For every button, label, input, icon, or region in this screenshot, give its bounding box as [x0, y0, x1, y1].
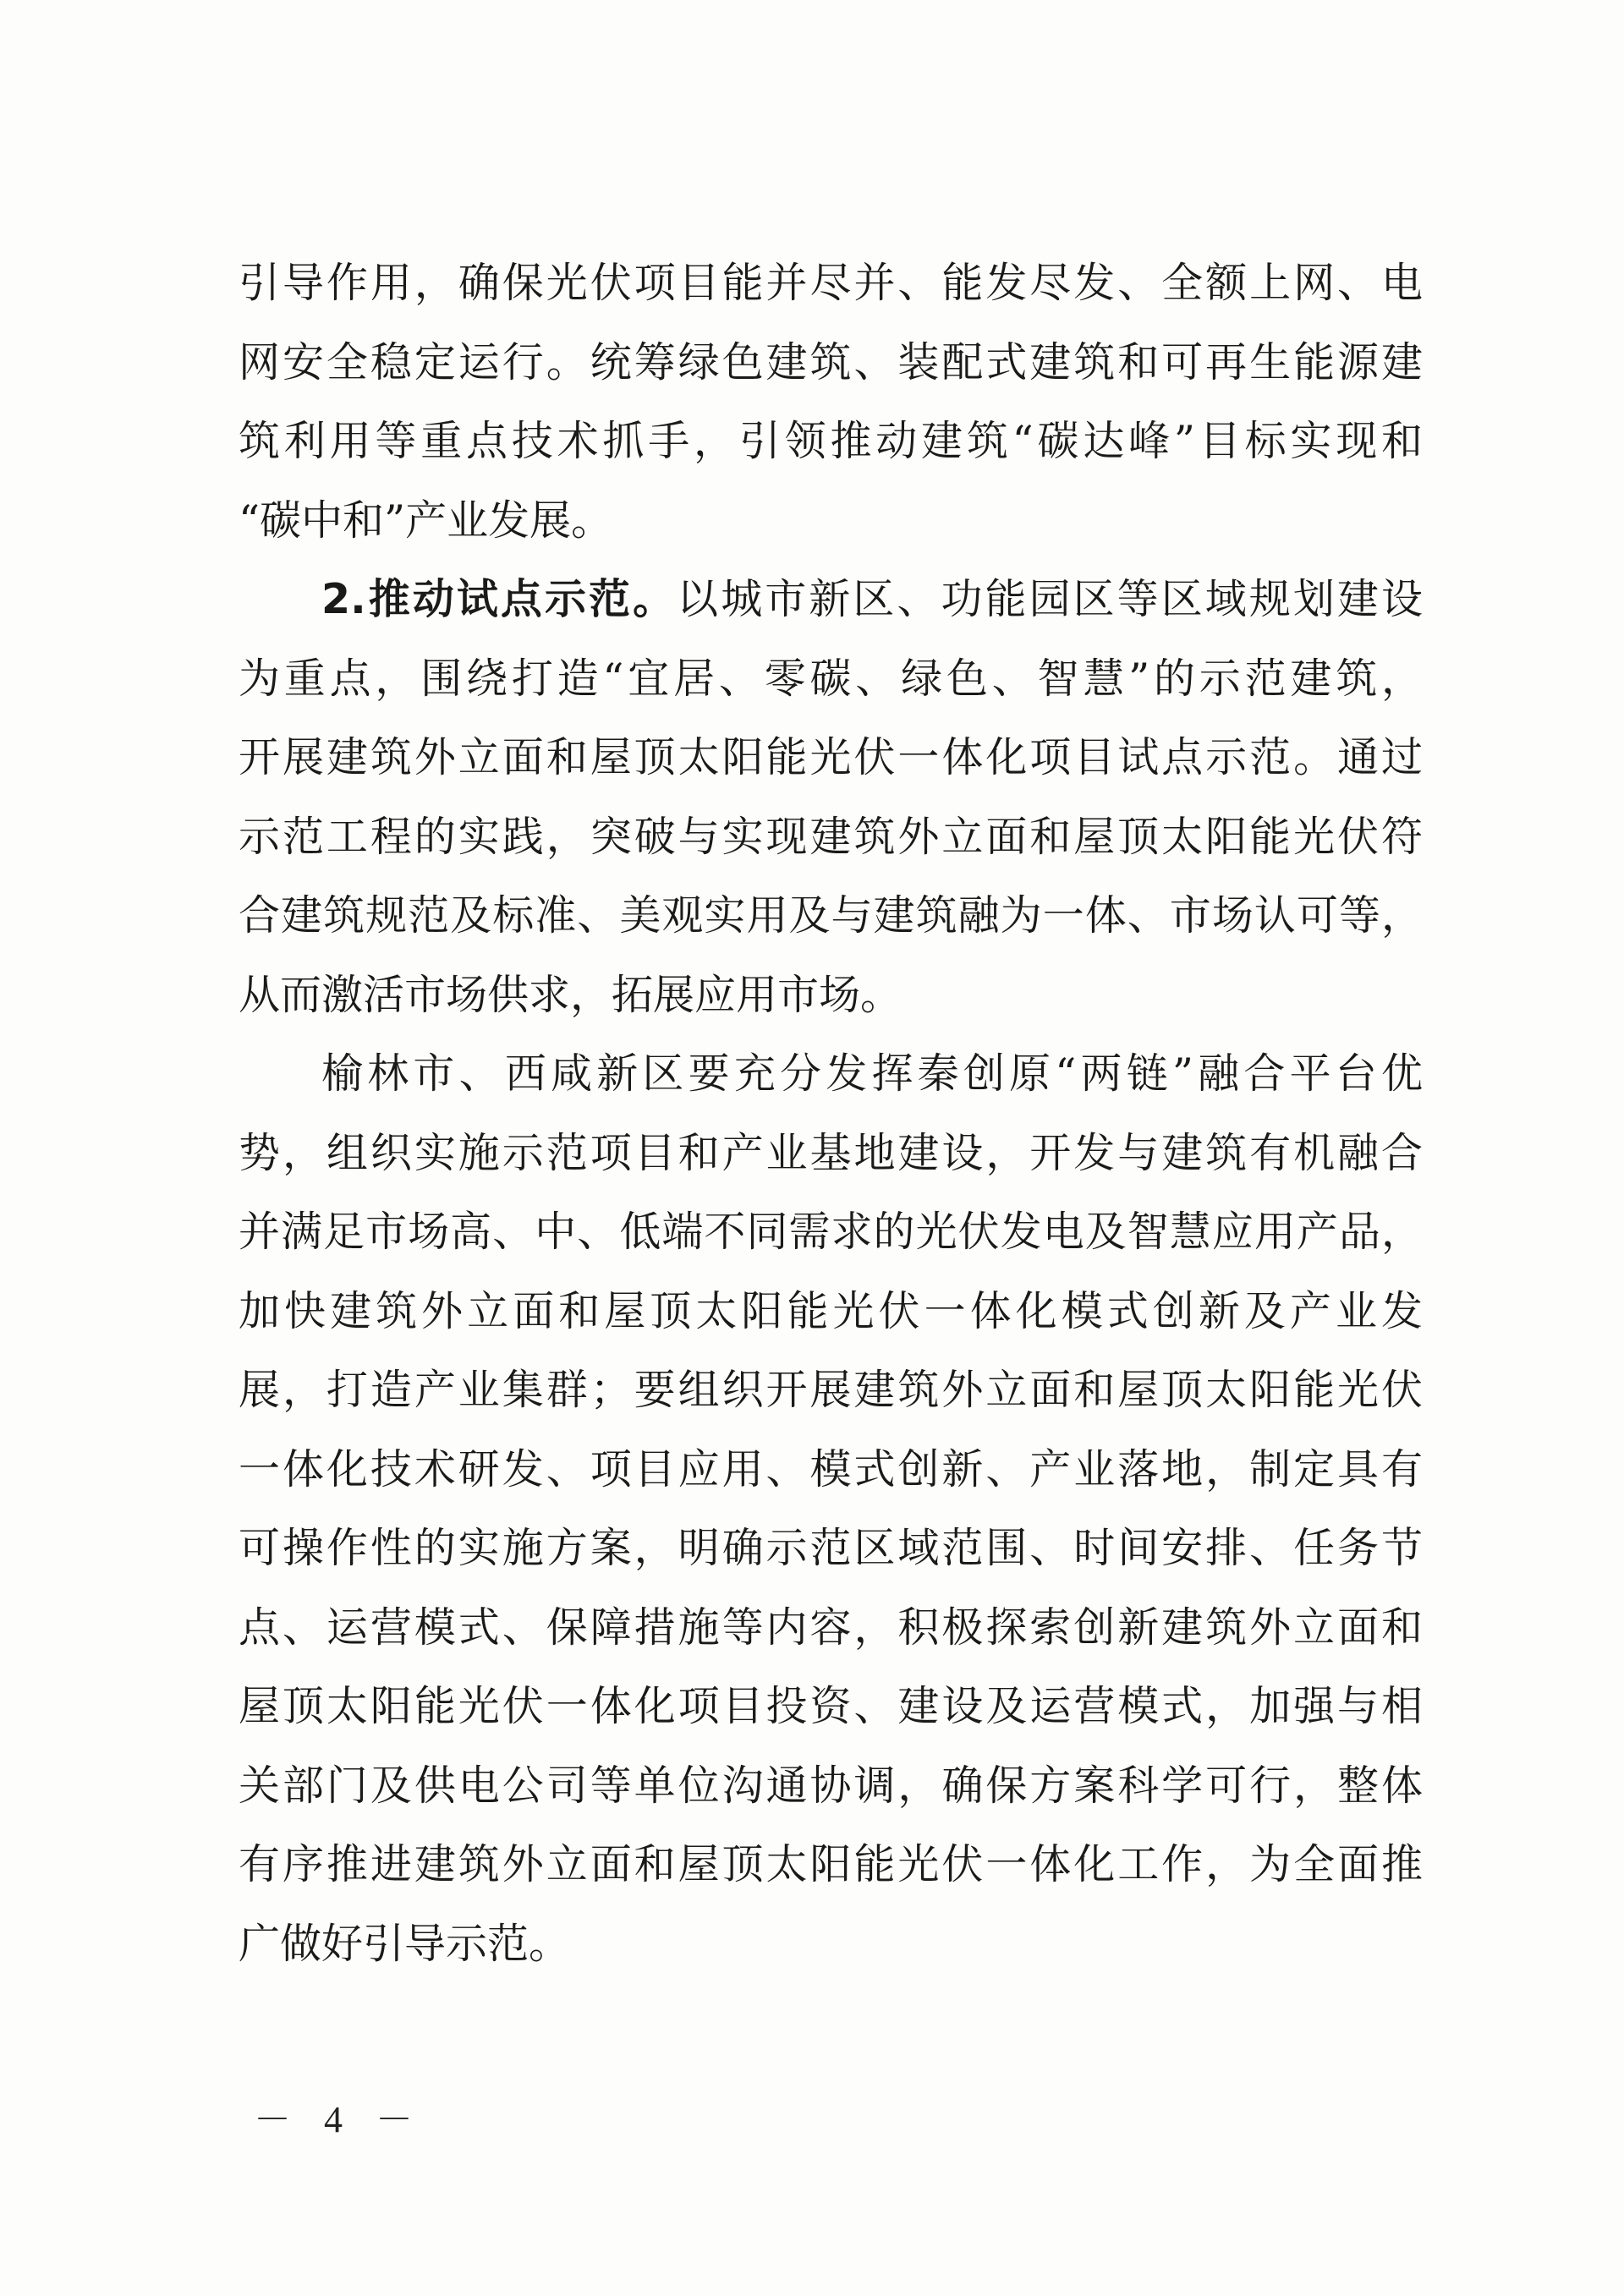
text-line: “碳中和”产业发展。 [239, 481, 1423, 561]
paragraph-1: 引导作用，确保光伏项目能并尽并、能发尽发、全额上网、电 网安全稳定运行。统筹绿色… [239, 244, 1423, 560]
paragraph-2: 2.推动试点示范。以城市新区、功能园区等区域规划建设 为重点，围绕打造“宜居、零… [239, 560, 1423, 1034]
text-line: 2.推动试点示范。以城市新区、功能园区等区域规划建设 [239, 560, 1423, 639]
text-line: 屋顶太阳能光伏一体化项目投资、建设及运营模式，加强与相 [239, 1667, 1423, 1746]
text-line: 广做好引导示范。 [239, 1904, 1423, 1984]
text-line: 有序推进建筑外立面和屋顶太阳能光伏一体化工作，为全面推 [239, 1825, 1423, 1904]
text-line: 一体化技术研发、项目应用、模式创新、产业落地，制定具有 [239, 1430, 1423, 1510]
text-line: 为重点，围绕打造“宜居、零碳、绿色、智慧”的示范建筑， [239, 639, 1423, 719]
document-page: 引导作用，确保光伏项目能并尽并、能发尽发、全额上网、电 网安全稳定运行。统筹绿色… [0, 0, 1624, 2296]
text-line: 点、运营模式、保障措施等内容，积极探索创新建筑外立面和 [239, 1588, 1423, 1668]
text-line: 势，组织实施示范项目和产业基地建设，开发与建筑有机融合 [239, 1114, 1423, 1193]
text-line: 示范工程的实践，突破与实现建筑外立面和屋顶太阳能光伏符 [239, 797, 1423, 877]
text-line: 从而激活市场供求，拓展应用市场。 [239, 956, 1423, 1035]
text-line: 关部门及供电公司等单位沟通协调，确保方案科学可行，整体 [239, 1746, 1423, 1826]
text-line: 可操作性的实施方案，明确示范区域范围、时间安排、任务节 [239, 1509, 1423, 1588]
text-line: 筑利用等重点技术抓手，引领推动建筑“碳达峰”目标实现和 [239, 402, 1423, 481]
text-line: 开展建筑外立面和屋顶太阳能光伏一体化项目试点示范。通过 [239, 718, 1423, 797]
text-line: 引导作用，确保光伏项目能并尽并、能发尽发、全额上网、电 [239, 244, 1423, 323]
text-line: 榆林市、西咸新区要充分发挥秦创原“两链”融合平台优 [239, 1034, 1423, 1114]
text-line: 展，打造产业集群；要组织开展建筑外立面和屋顶太阳能光伏 [239, 1351, 1423, 1430]
text-line: 合建筑规范及标准、美观实用及与建筑融为一体、市场认可等， [239, 876, 1423, 956]
text-line: 网安全稳定运行。统筹绿色建筑、装配式建筑和可再生能源建 [239, 323, 1423, 403]
section-heading: 2.推动试点示范。 [321, 575, 677, 623]
text-line-rest: 以城市新区、功能园区等区域规划建设 [677, 575, 1423, 623]
text-line: 加快建筑外立面和屋顶太阳能光伏一体化模式创新及产业发 [239, 1272, 1423, 1351]
document-body: 引导作用，确保光伏项目能并尽并、能发尽发、全额上网、电 网安全稳定运行。统筹绿色… [239, 244, 1423, 1983]
page-number: － 4 － [254, 2089, 425, 2143]
text-line: 并满足市场高、中、低端不同需求的光伏发电及智慧应用产品， [239, 1192, 1423, 1272]
paragraph-3: 榆林市、西咸新区要充分发挥秦创原“两链”融合平台优 势，组织实施示范项目和产业基… [239, 1034, 1423, 1983]
